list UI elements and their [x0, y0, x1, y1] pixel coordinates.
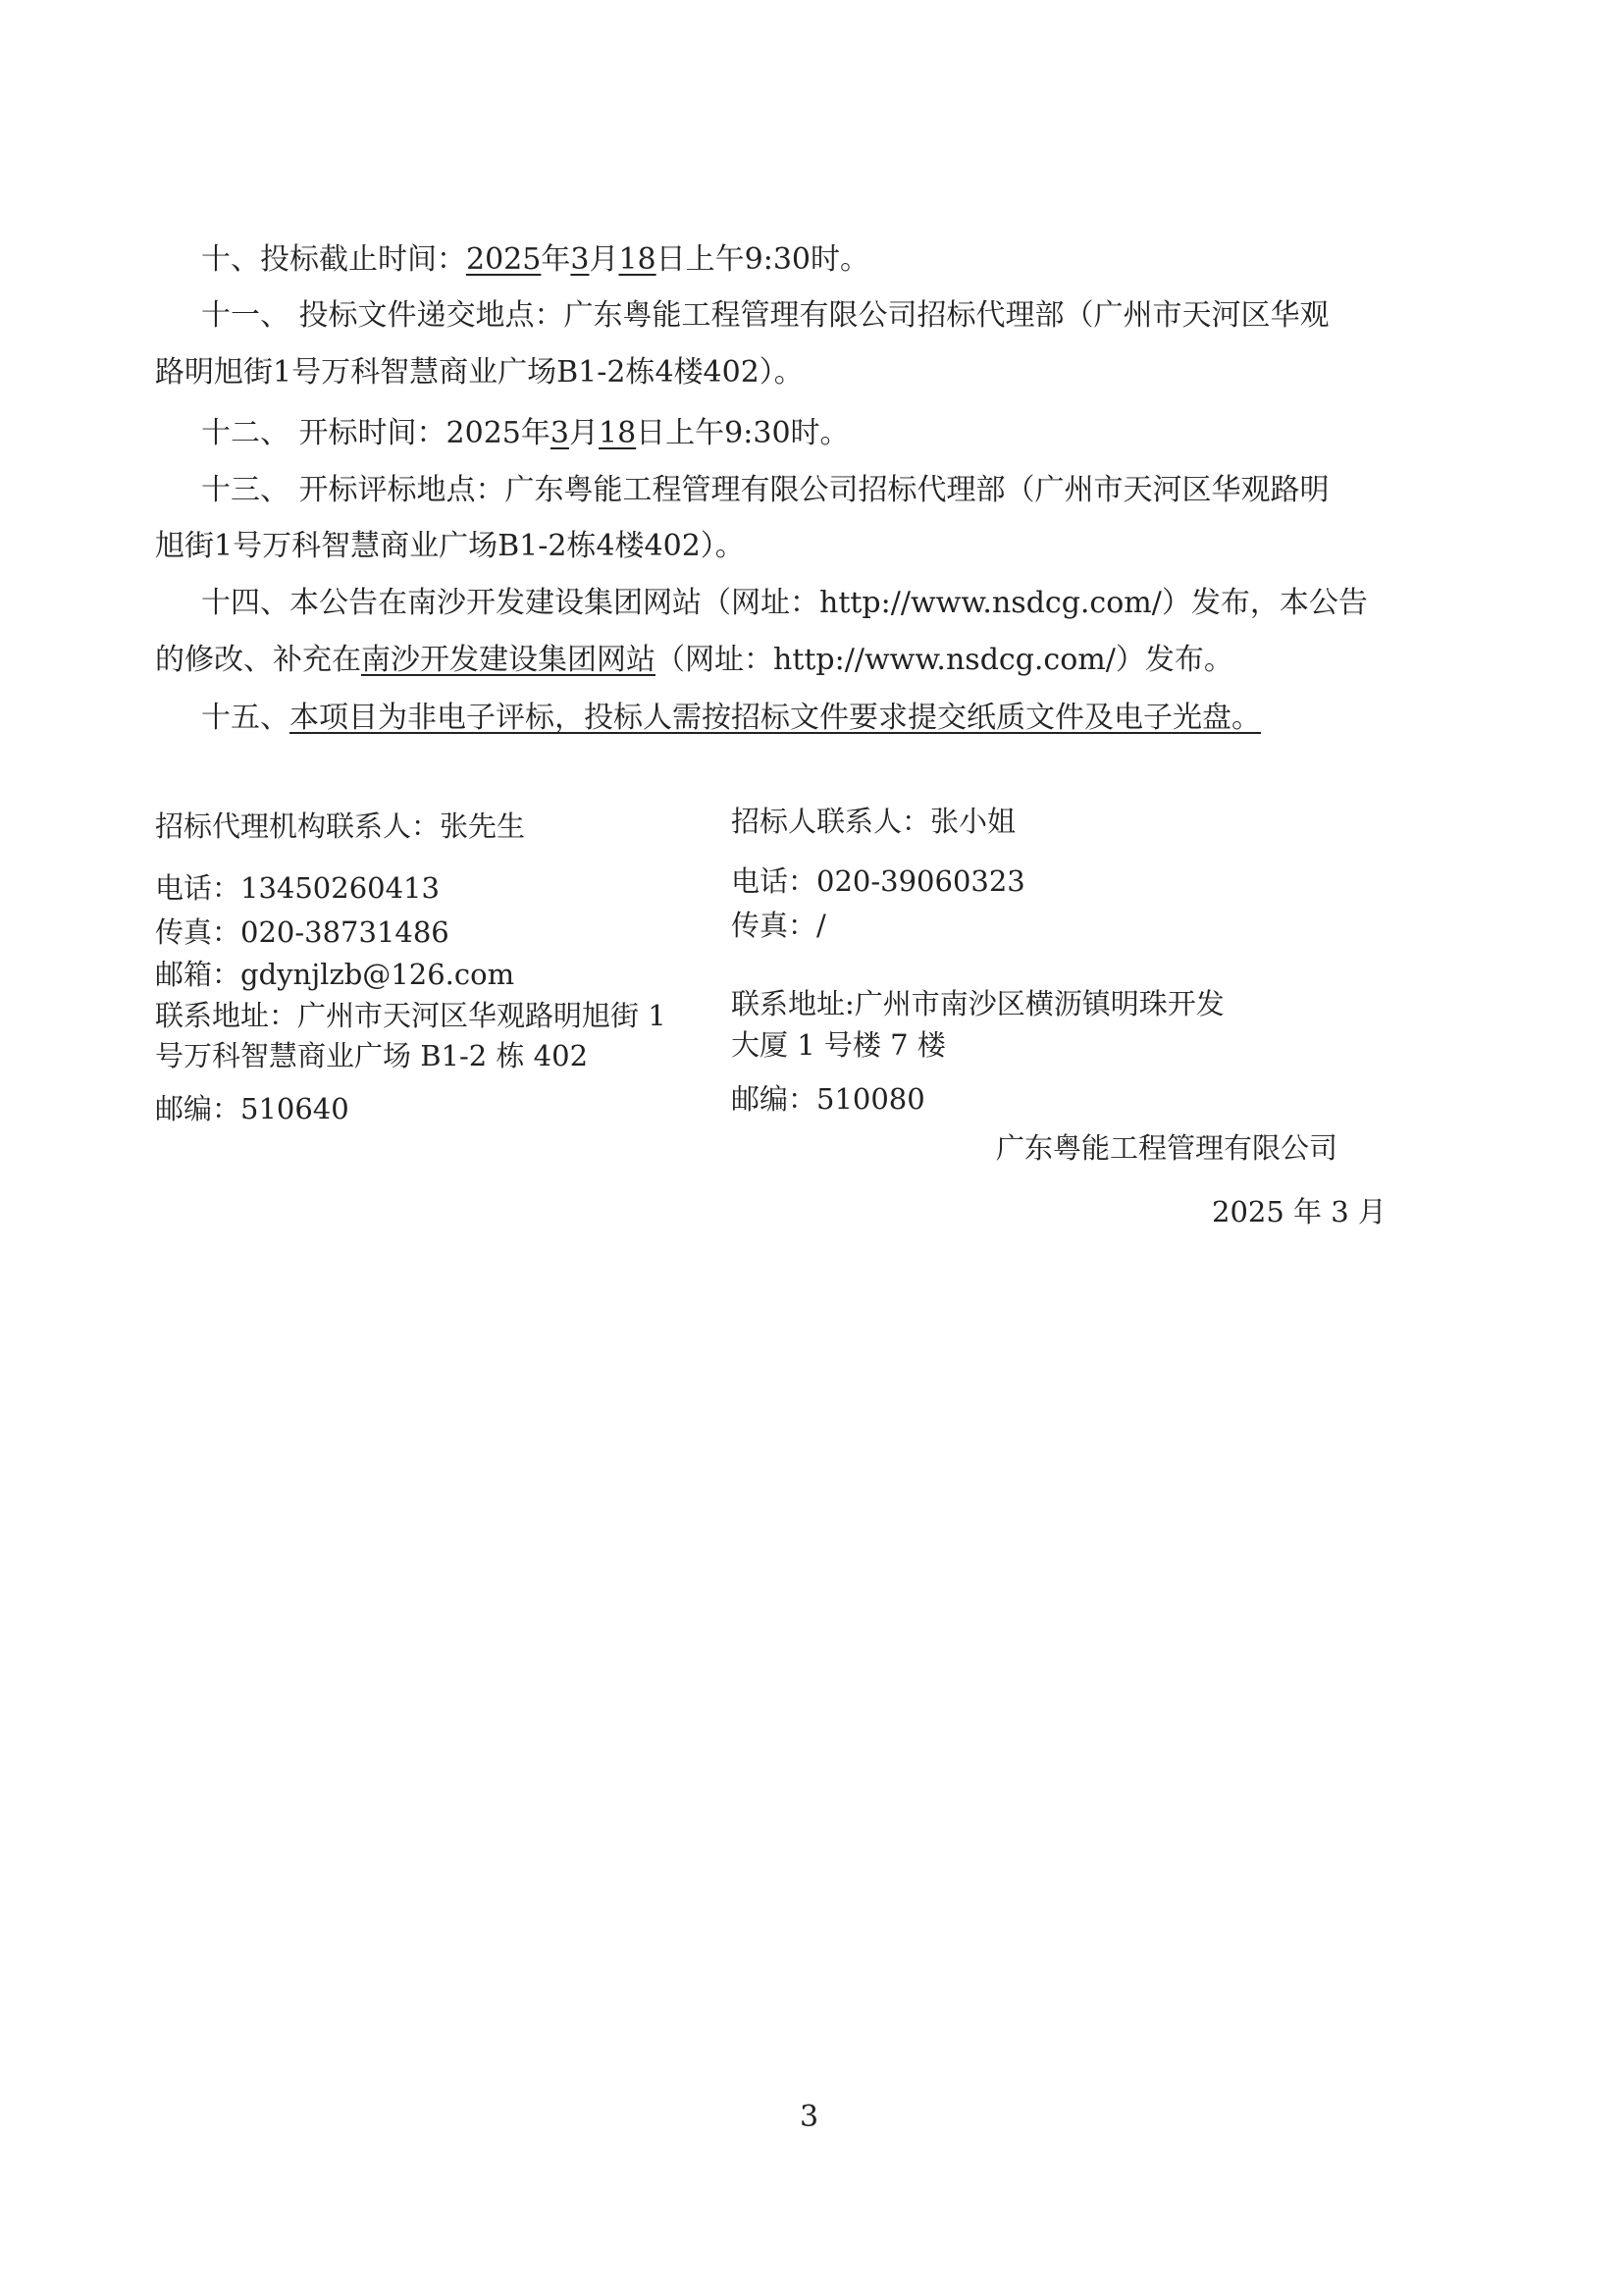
signature-date: 2025 年 3 月: [1212, 1192, 1387, 1231]
item-14-line2: 的修改、补充在南沙开发建设集团网站（网址：http://www.nsdcg.co…: [155, 641, 1233, 680]
website-name: 南沙开发建设集团网站: [361, 643, 655, 677]
item-15-evaluation-note: 十五、本项目为非电子评标，投标人需按招标文件要求提交纸质文件及电子光盘。: [201, 699, 1261, 738]
tenderer-address-line2: 大厦 1 号楼 7 楼: [731, 1025, 946, 1065]
page-number: 3: [800, 2100, 818, 2134]
item-label: 十、: [201, 242, 260, 277]
tenderer-address-line1: 联系地址:广州市南沙区横沥镇明珠开发: [731, 984, 1225, 1023]
agent-contact-person: 招标代理机构联系人：张先生: [155, 807, 525, 846]
signature-company: 广东粤能工程管理有限公司: [996, 1128, 1337, 1168]
agent-email: 邮箱：gdynjlzb@126.com: [155, 955, 514, 994]
tenderer-fax: 传真：/: [731, 906, 826, 945]
deadline-month: 3: [570, 242, 589, 277]
item-12-opening-time: 十二、 开标时间：2025年3月18日上午9:30时。: [201, 414, 850, 453]
agent-address-line2: 号万科智慧商业广场 B1-2 栋 402: [155, 1036, 588, 1075]
tenderer-phone: 电话：020-39060323: [731, 861, 1025, 901]
deadline-day: 18: [618, 242, 655, 277]
item-13-line2: 旭街1号万科智慧商业广场B1-2栋4楼402）。: [155, 527, 745, 566]
item-11-line2: 路明旭街1号万科智慧商业广场B1-2栋4楼402）。: [155, 353, 804, 392]
item-13-opening-place: 十三、 开标评标地点：广东粤能工程管理有限公司招标代理部（广州市天河区华观路明: [201, 471, 1330, 510]
item-10-deadline: 十、投标截止时间：2025年3月18日上午9:30时。: [201, 240, 869, 280]
agent-fax: 传真：020-38731486: [155, 913, 449, 952]
agent-phone: 电话：13450260413: [155, 868, 440, 908]
item-14-publication: 十四、本公告在南沙开发建设集团网站（网址：http://www.nsdcg.co…: [201, 584, 1368, 623]
item-11-submission-place: 十一、 投标文件递交地点：广东粤能工程管理有限公司招标代理部（广州市天河区华观: [201, 296, 1330, 336]
agent-address-line1: 联系地址：广州市天河区华观路明旭街 1: [155, 996, 666, 1035]
tenderer-contact-person: 招标人联系人：张小姐: [731, 802, 1016, 841]
deadline-year: 2025: [466, 242, 541, 277]
tenderer-postcode: 邮编：510080: [731, 1079, 925, 1119]
agent-postcode: 邮编：510640: [155, 1089, 349, 1128]
